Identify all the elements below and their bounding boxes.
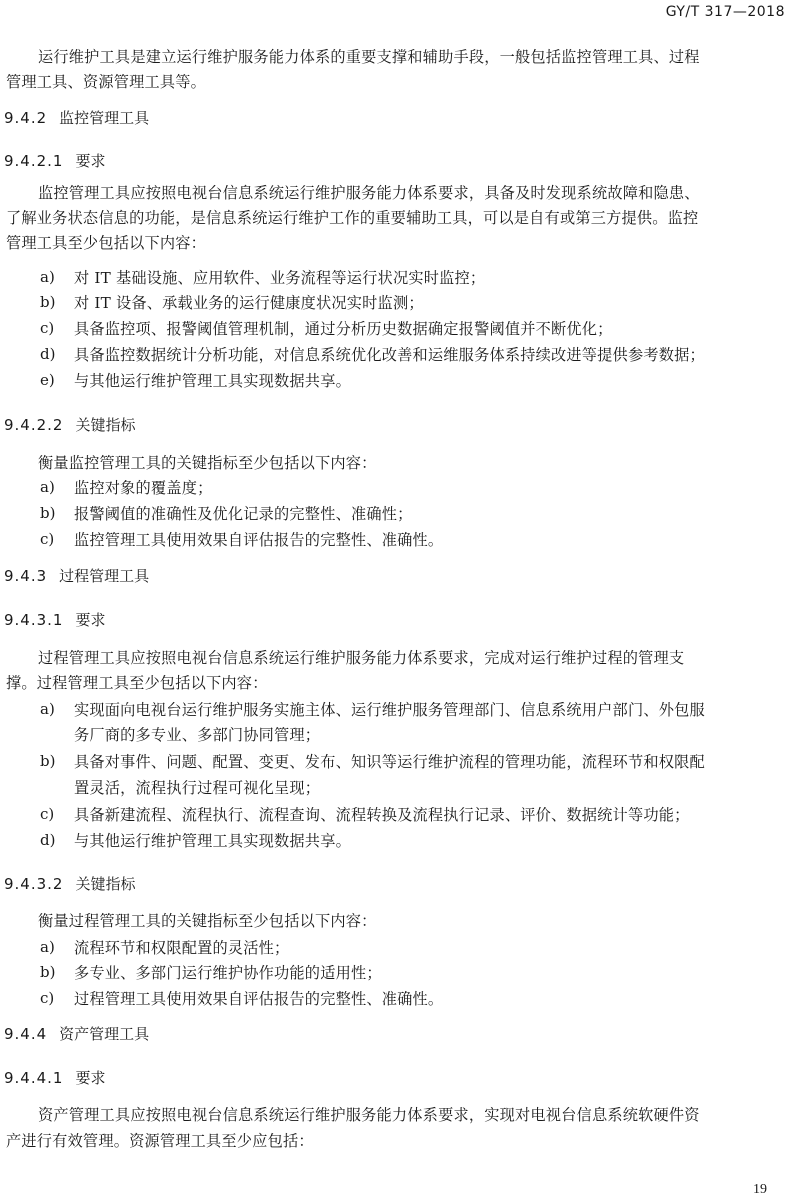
list-item: 具备监控数据统计分析功能，对信息系统优化改善和运维服务体系持续改进等提供参考数据… bbox=[74, 343, 705, 369]
list-label: b) bbox=[40, 293, 55, 311]
section-number: 9.4.2 bbox=[4, 109, 47, 127]
list-item: 具备监控项、报警阈值管理机制，通过分析历史数据确定报警阈值并不断优化； bbox=[74, 317, 613, 343]
page-number: 19 bbox=[753, 1182, 767, 1198]
section-title: 关键指标 bbox=[75, 416, 135, 434]
heading-9-4-4-1: 9.4.4.1要求 bbox=[4, 1067, 106, 1088]
list-label: c) bbox=[40, 530, 54, 548]
list-item: 对 IT 设备、承载业务的运行健康度状况实时监测； bbox=[74, 291, 424, 317]
list-label: a) bbox=[40, 938, 55, 956]
section-number: 9.4.4 bbox=[4, 1025, 47, 1043]
list-item: 报警阈值的准确性及优化记录的完整性、准确性； bbox=[74, 502, 413, 528]
list-item: 具备对事件、问题、配置、变更、发布、知识等运行维护流程的管理功能，流程环节和权限… bbox=[74, 750, 705, 776]
paragraph-line: 资产管理工具应按照电视台信息系统运行维护服务能力体系要求，实现对电视台信息系统软… bbox=[38, 1103, 700, 1129]
section-title: 监控管理工具 bbox=[59, 109, 149, 127]
section-number: 9.4.3.2 bbox=[4, 875, 63, 893]
list-item: 对 IT 基础设施、应用软件、业务流程等运行状况实时监控； bbox=[74, 266, 485, 292]
list-label: a) bbox=[40, 478, 55, 496]
document-code: GY/T 317—2018 bbox=[666, 4, 785, 20]
list-label: b) bbox=[40, 504, 55, 522]
heading-9-4-3-1: 9.4.3.1要求 bbox=[4, 609, 106, 630]
list-item: 与其他运行维护管理工具实现数据共享。 bbox=[74, 829, 351, 855]
paragraph-line: 管理工具至少包括以下内容： bbox=[6, 231, 206, 257]
list-label: d) bbox=[40, 345, 55, 363]
paragraph-line: 了解业务状态信息的功能，是信息系统运行维护工作的重要辅助工具，可以是自有或第三方… bbox=[6, 206, 698, 232]
list-item: 实现面向电视台运行维护服务实施主体、运行维护服务管理部门、信息系统用户部门、外包… bbox=[74, 698, 705, 724]
heading-9-4-2-2: 9.4.2.2关键指标 bbox=[4, 414, 136, 435]
heading-9-4-4: 9.4.4资产管理工具 bbox=[4, 1023, 149, 1044]
section-number: 9.4.3.1 bbox=[4, 611, 63, 629]
list-intro: 衡量过程管理工具的关键指标至少包括以下内容： bbox=[38, 909, 377, 935]
intro-line-1: 运行维护工具是建立运行维护服务能力体系的重要支撑和辅助手段，一般包括监控管理工具… bbox=[38, 45, 700, 71]
list-item: 多专业、多部门运行维护协作功能的适用性； bbox=[74, 961, 382, 987]
paragraph-line: 产进行有效管理。资源管理工具至少应包括： bbox=[6, 1129, 314, 1155]
section-title: 要求 bbox=[75, 152, 105, 170]
section-title: 过程管理工具 bbox=[59, 567, 149, 585]
list-item: 监控管理工具使用效果自评估报告的完整性、准确性。 bbox=[74, 528, 443, 554]
intro-line-2: 管理工具、资源管理工具等。 bbox=[6, 70, 206, 96]
list-label: b) bbox=[40, 752, 55, 770]
heading-9-4-3-2: 9.4.3.2关键指标 bbox=[4, 873, 136, 894]
list-item: 流程环节和权限配置的灵活性； bbox=[74, 936, 289, 962]
paragraph-line: 监控管理工具应按照电视台信息系统运行维护服务能力体系要求，具备及时发现系统故障和… bbox=[38, 181, 700, 207]
list-item-continuation: 置灵活，流程执行过程可视化呈现； bbox=[74, 776, 320, 802]
list-intro: 衡量监控管理工具的关键指标至少包括以下内容： bbox=[38, 451, 377, 477]
list-label: e) bbox=[40, 371, 55, 389]
section-title: 关键指标 bbox=[75, 875, 135, 893]
section-title: 要求 bbox=[75, 611, 105, 629]
section-title: 资产管理工具 bbox=[59, 1025, 149, 1043]
heading-9-4-2-1: 9.4.2.1要求 bbox=[4, 150, 106, 171]
section-number: 9.4.3 bbox=[4, 567, 47, 585]
section-number: 9.4.2.2 bbox=[4, 416, 63, 434]
list-item-continuation: 务厂商的多专业、多部门协同管理； bbox=[74, 723, 320, 749]
list-label: c) bbox=[40, 319, 54, 337]
paragraph-line: 撑。过程管理工具至少包括以下内容： bbox=[6, 671, 268, 697]
list-item: 过程管理工具使用效果自评估报告的完整性、准确性。 bbox=[74, 987, 443, 1013]
section-title: 要求 bbox=[75, 1069, 105, 1087]
list-label: d) bbox=[40, 831, 55, 849]
list-item: 具备新建流程、流程执行、流程查询、流程转换及流程执行记录、评价、数据统计等功能； bbox=[74, 803, 690, 829]
list-label: b) bbox=[40, 963, 55, 981]
heading-9-4-3: 9.4.3过程管理工具 bbox=[4, 565, 149, 586]
list-item: 监控对象的覆盖度； bbox=[74, 476, 213, 502]
section-number: 9.4.2.1 bbox=[4, 152, 63, 170]
list-label: c) bbox=[40, 805, 54, 823]
list-label: c) bbox=[40, 989, 54, 1007]
heading-9-4-2: 9.4.2监控管理工具 bbox=[4, 107, 149, 128]
paragraph-line: 过程管理工具应按照电视台信息系统运行维护服务能力体系要求，完成对运行维护过程的管… bbox=[38, 646, 684, 672]
list-label: a) bbox=[40, 268, 55, 286]
list-label: a) bbox=[40, 700, 55, 718]
section-number: 9.4.4.1 bbox=[4, 1069, 63, 1087]
list-item: 与其他运行维护管理工具实现数据共享。 bbox=[74, 369, 351, 395]
